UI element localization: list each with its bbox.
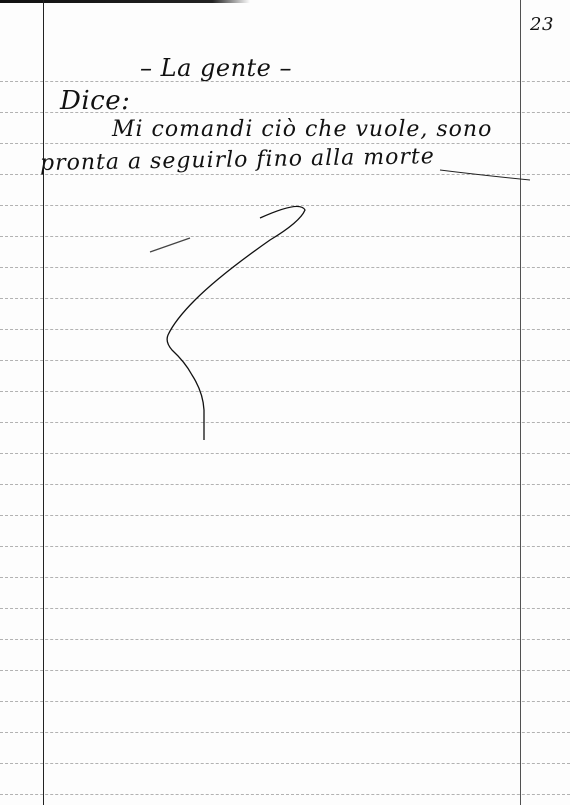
ruled-line [0,732,570,733]
ruled-line [0,639,570,640]
scan-top-edge [0,0,250,3]
ruled-line [0,267,570,268]
dash-mark [150,238,190,252]
ruled-line [0,484,570,485]
ruled-line [0,360,570,361]
ruled-line [0,794,570,795]
body-line-1: Mi comandi ciò che vuole, sono [112,117,492,142]
ruled-line [0,329,570,330]
ruled-line [0,701,570,702]
page-number: 23 [530,14,554,35]
ruled-line [0,515,570,516]
ruled-line [0,670,570,671]
ruled-line [0,391,570,392]
notebook-page: 23 – La gente – Dice: Mi comandi ciò che… [0,0,570,805]
ruled-line [0,422,570,423]
speaker-label: Dice: [60,86,130,116]
ruled-line [0,236,570,237]
ruled-line [0,577,570,578]
page-title: – La gente – [140,54,292,82]
ruled-line [0,608,570,609]
flourish-stroke [167,206,305,440]
ruled-line [0,205,570,206]
left-margin-line [43,0,44,805]
body-line-2: pronta a seguirlo fino alla morte [40,144,435,176]
right-margin-line [520,0,521,805]
ruled-line [0,763,570,764]
ruled-line [0,143,570,144]
ruled-line [0,298,570,299]
ruled-line [0,546,570,547]
ruled-line [0,453,570,454]
